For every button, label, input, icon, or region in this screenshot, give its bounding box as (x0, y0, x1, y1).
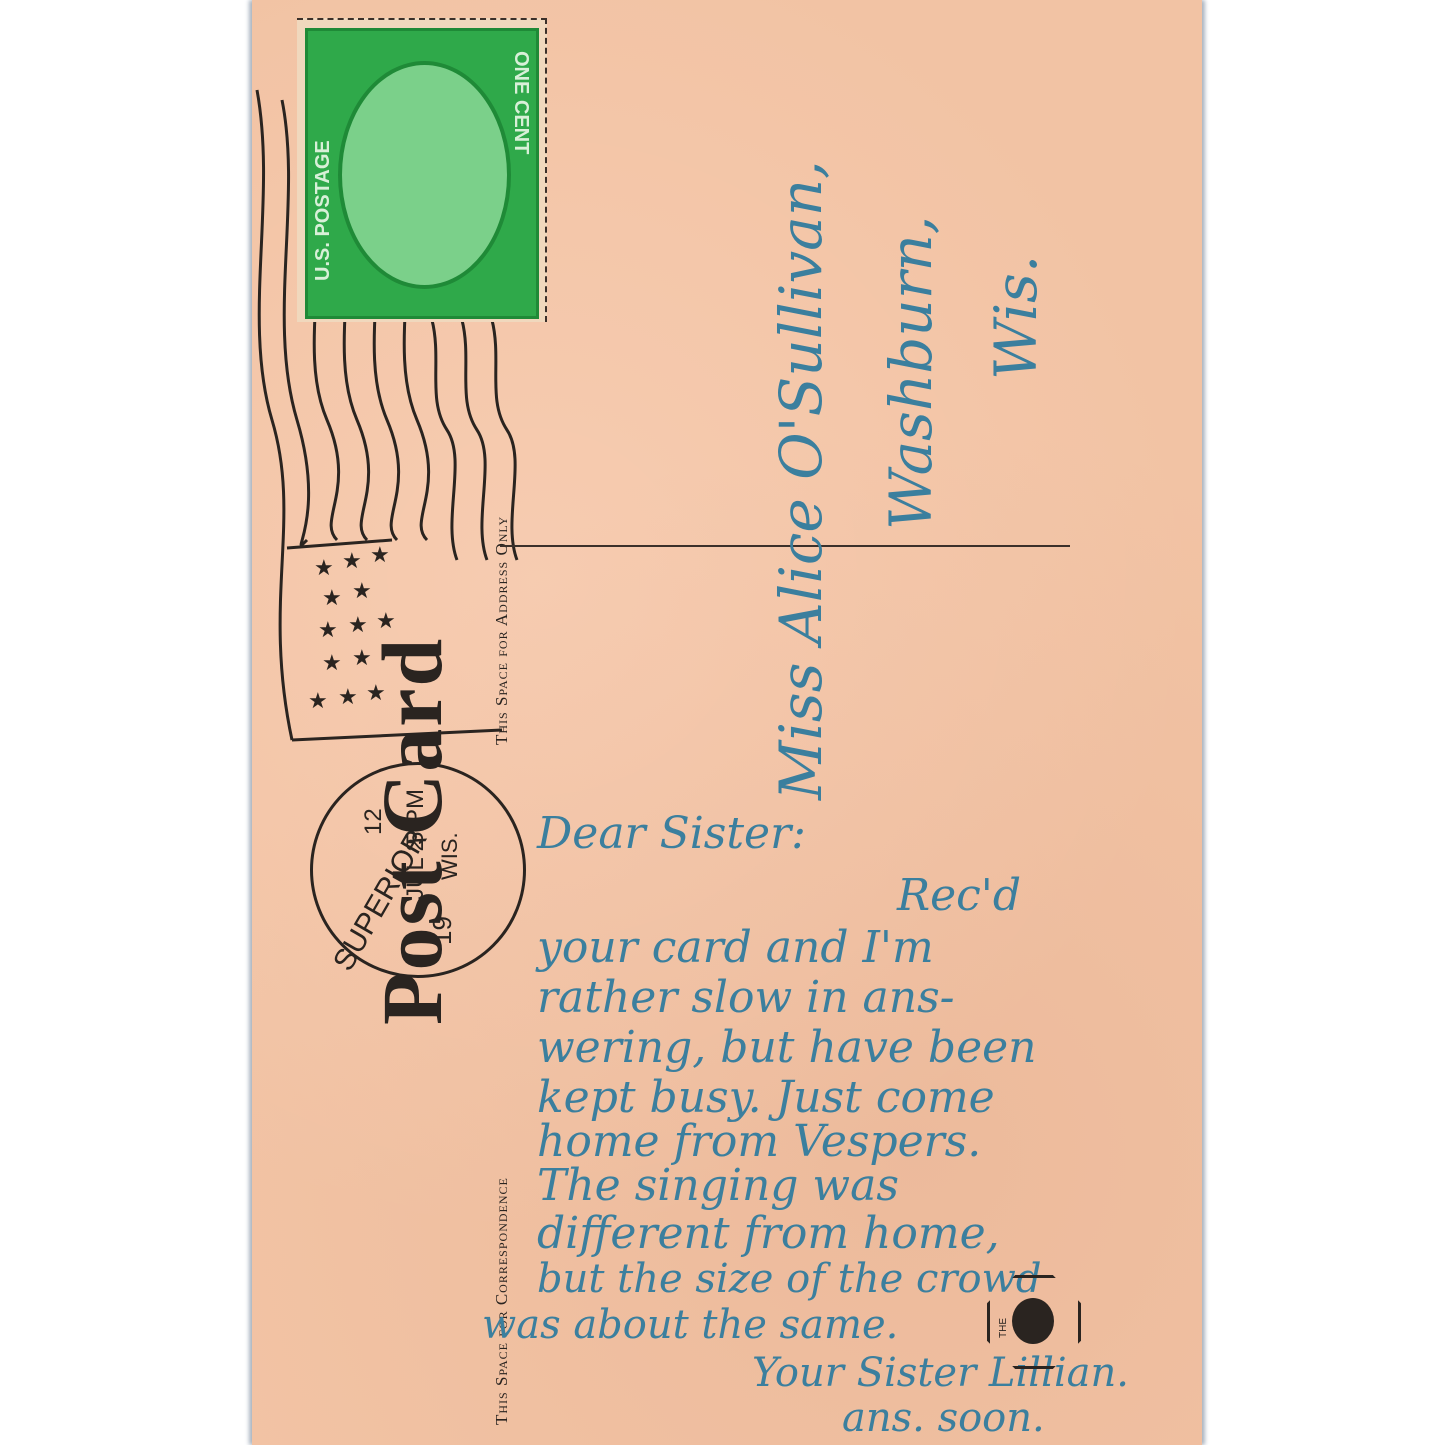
postscript: ans. soon. (842, 1395, 1045, 1441)
svg-text:★: ★ (352, 579, 372, 604)
address-space-label: This Space for Address Only (492, 516, 512, 745)
address-line-3: Wis. (982, 255, 1050, 380)
svg-text:★: ★ (322, 651, 342, 676)
postmark-time: 5 PM (402, 789, 430, 845)
message-line: wering, but have been (537, 1022, 1037, 1073)
svg-text:★: ★ (314, 556, 334, 581)
postmark-year-prefix: 19 (427, 916, 458, 945)
logo-text: THE (998, 1318, 1009, 1338)
message-line: but the size of the crowd (537, 1256, 1041, 1302)
svg-text:★: ★ (370, 543, 390, 568)
message-line: Rec'd (897, 870, 1021, 921)
logo-emblem-icon (1012, 1298, 1054, 1344)
message-line: rather slow in ans- (537, 972, 955, 1023)
svg-text:★: ★ (322, 586, 342, 611)
svg-text:★: ★ (308, 689, 328, 714)
address-line-1: Miss Alice O'Sullivan, (767, 160, 835, 800)
svg-text:★: ★ (342, 549, 362, 574)
message-line: your card and I'm (537, 922, 934, 973)
message-line: different from home, (537, 1208, 1000, 1259)
message-line: The singing was (537, 1160, 899, 1211)
stamp-right-text: ONE CENT (509, 51, 532, 154)
postmark-state: WIS. (437, 832, 463, 880)
message-line: was about the same. (482, 1302, 898, 1348)
postmark-date: JUL 2 (402, 838, 430, 900)
signature: Your Sister Lillian. (752, 1350, 1129, 1396)
postcard-back: ★★★ ★★ ★★★ ★★ ★★★ U.S. POSTAGE ONE CENT … (252, 0, 1202, 1445)
svg-text:★: ★ (338, 685, 358, 710)
stamp-left-text: U.S. POSTAGE (312, 140, 335, 281)
portrait-oval (338, 61, 511, 289)
address-line-2: Washburn, (877, 216, 945, 530)
salutation: Dear Sister: (537, 808, 806, 859)
svg-text:★: ★ (318, 618, 338, 643)
svg-text:★: ★ (348, 613, 368, 638)
postage-stamp: U.S. POSTAGE ONE CENT (297, 18, 547, 322)
postmark-year-suffix: 12 (360, 808, 388, 835)
svg-text:★: ★ (376, 609, 396, 634)
